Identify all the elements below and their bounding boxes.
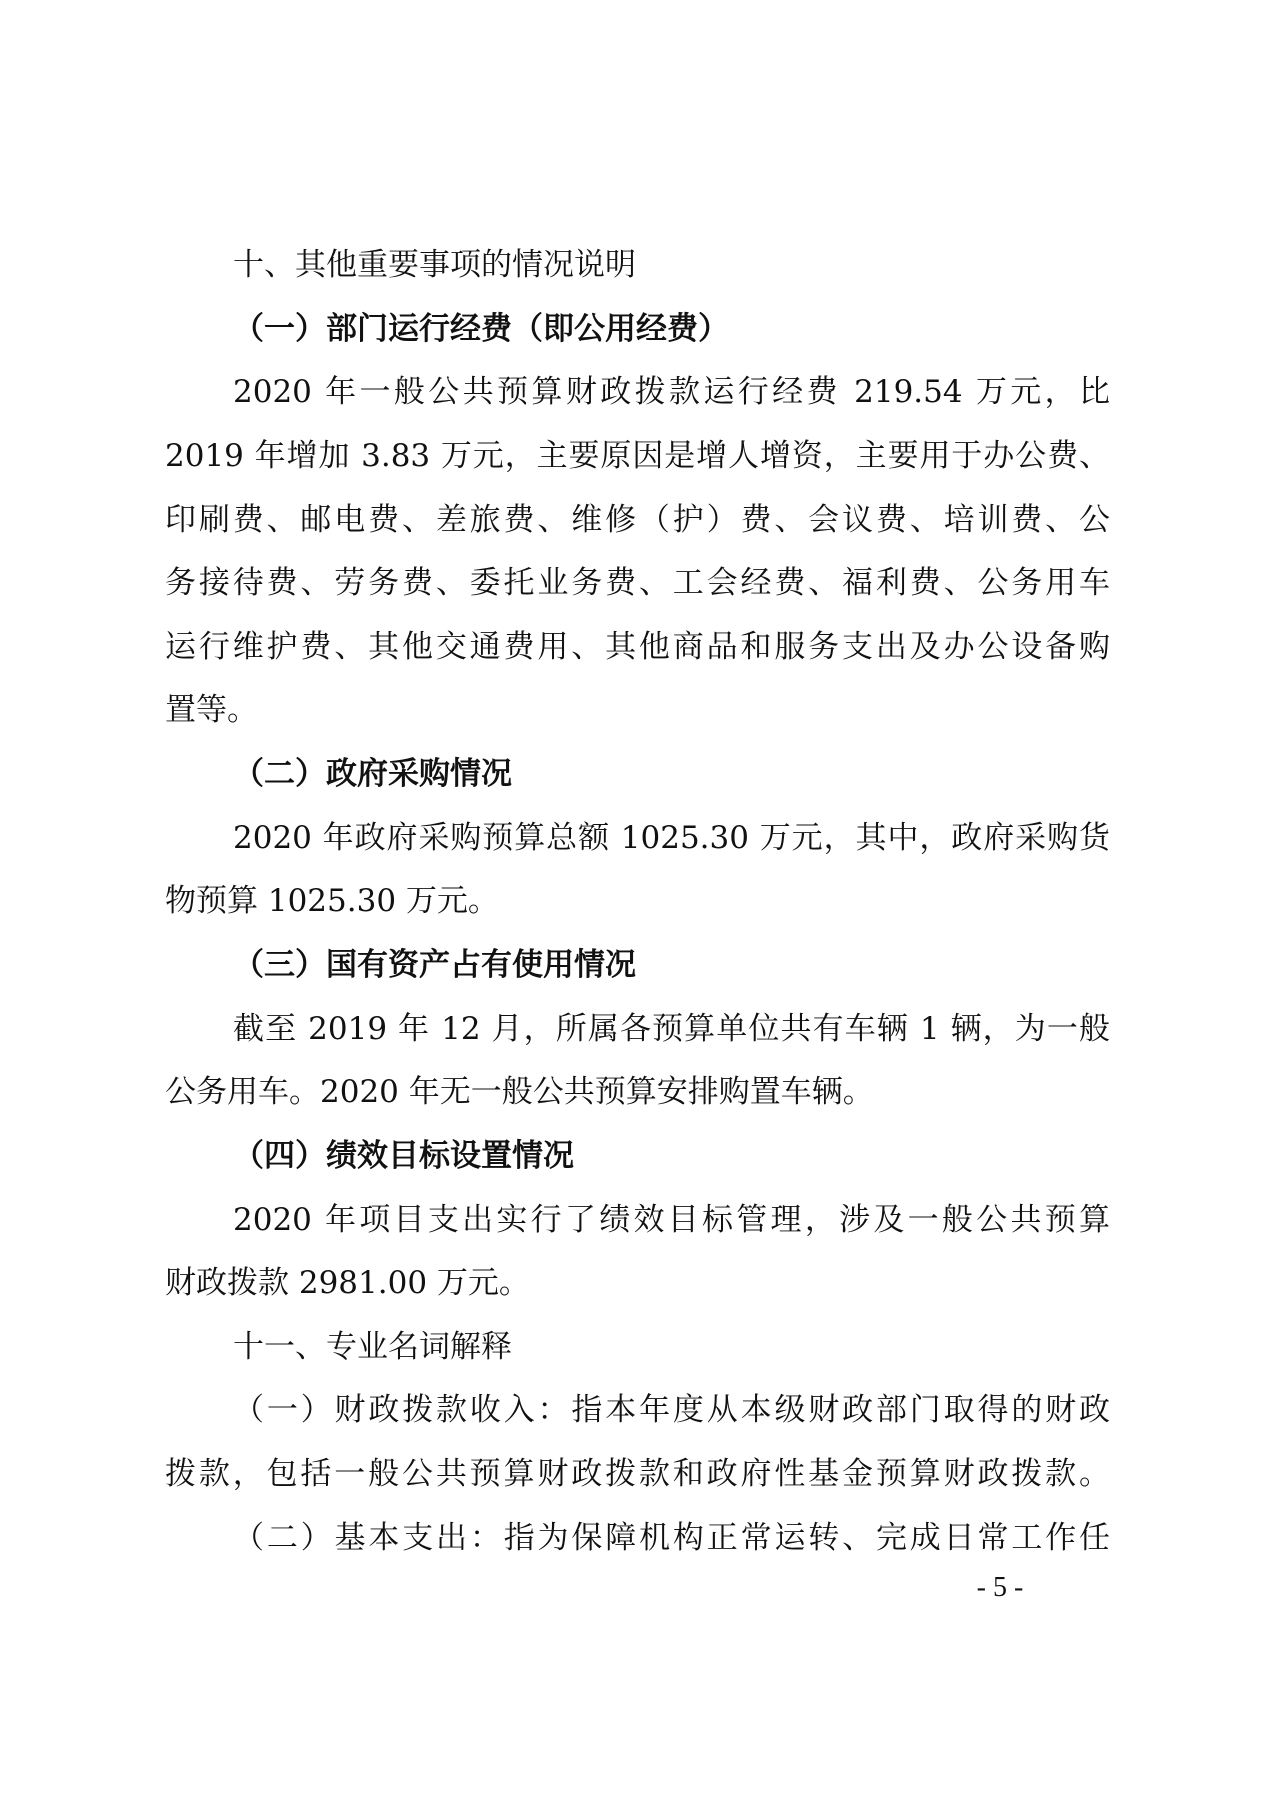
paragraph-line: 2020 年政府采购预算总额 1025.30 万元，其中，政府采购货	[233, 806, 1110, 870]
document-page: 十、其他重要事项的情况说明 （一）部门运行经费（即公用经费） 2020 年一般公…	[0, 0, 1269, 1795]
subsection-heading-performance-goals: （四）绩效目标设置情况	[233, 1124, 1110, 1188]
paragraph-line: 2020 年一般公共预算财政拨款运行经费 219.54 万元，比	[233, 360, 1110, 424]
section-heading-10: 十、其他重要事项的情况说明	[233, 233, 1110, 297]
paragraph-line: 务接待费、劳务费、委托业务费、工会经费、福利费、公务用车	[165, 551, 1110, 615]
paragraph-line: 物预算 1025.30 万元。	[165, 869, 1110, 933]
paragraph-line: 置等。	[165, 678, 1110, 742]
paragraph-line: 财政拨款 2981.00 万元。	[165, 1251, 1110, 1315]
paragraph-line: 印刷费、邮电费、差旅费、维修（护）费、会议费、培训费、公	[165, 488, 1110, 552]
section-heading-11: 十一、专业名词解释	[233, 1315, 1110, 1379]
subsection-heading-operating-costs: （一）部门运行经费（即公用经费）	[233, 297, 1110, 361]
paragraph-line: 2020 年项目支出实行了绩效目标管理，涉及一般公共预算	[233, 1188, 1110, 1252]
paragraph-line: 截至 2019 年 12 月，所属各预算单位共有车辆 1 辆，为一般	[233, 997, 1110, 1061]
paragraph-line: 运行维护费、其他交通费用、其他商品和服务支出及办公设备购	[165, 615, 1110, 679]
paragraph-line: 2019 年增加 3.83 万元，主要原因是增人增资，主要用于办公费、	[165, 424, 1110, 488]
definition-line: （二）基本支出：指为保障机构正常运转、完成日常工作任	[233, 1506, 1110, 1570]
page-number: - 5 -	[940, 1568, 1060, 1608]
definition-line: 拨款，包括一般公共预算财政拨款和政府性基金预算财政拨款。	[165, 1442, 1110, 1506]
subsection-heading-procurement: （二）政府采购情况	[233, 742, 1110, 806]
subsection-heading-state-assets: （三）国有资产占有使用情况	[233, 933, 1110, 997]
definition-line: （一）财政拨款收入：指本年度从本级财政部门取得的财政	[233, 1378, 1110, 1442]
paragraph-line: 公务用车。2020 年无一般公共预算安排购置车辆。	[165, 1060, 1110, 1124]
